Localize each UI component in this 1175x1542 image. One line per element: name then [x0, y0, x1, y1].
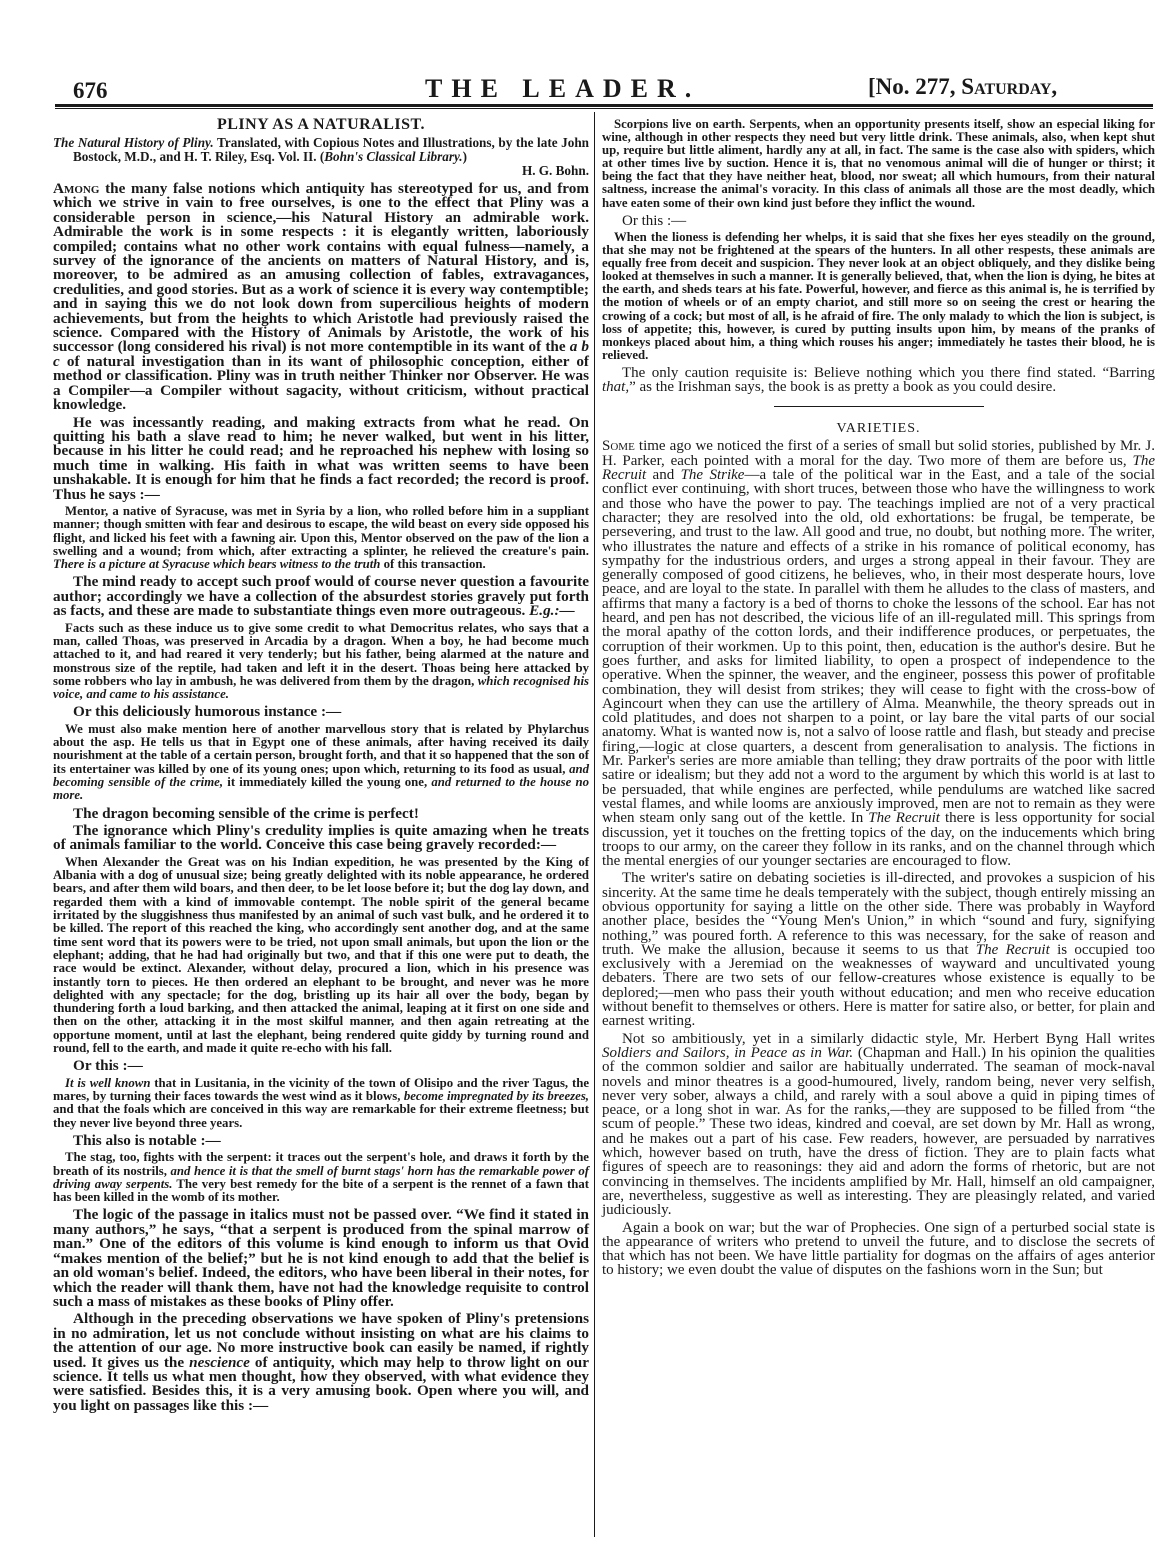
text-italic: E.g.:—: [529, 602, 575, 619]
paragraph: The dragon becoming sensible of the crim…: [53, 807, 589, 821]
paragraph: Or this :—: [53, 1059, 589, 1073]
paragraph: The mind ready to accept such proof woul…: [53, 575, 589, 618]
text: it immediately killed the young one,: [223, 775, 431, 789]
text: of natural investigation than in its wan…: [53, 353, 589, 413]
paragraph: Or this deliciously humorous instance :—: [53, 705, 589, 719]
text: ” as the Irishman says, the book is as p…: [629, 379, 1056, 395]
issue-info: [No. 277, Saturday,: [868, 74, 1057, 100]
book-citation: The Natural History of Pliny. Translated…: [53, 136, 589, 178]
column-divider: [594, 112, 595, 1537]
paragraph: Among the many false notions which antiq…: [53, 182, 589, 413]
paragraph: The logic of the passage in italics must…: [53, 1208, 589, 1309]
text-italic: There is a picture at Syracuse which bea…: [53, 557, 380, 571]
block-quote: We must also make mention here of anothe…: [53, 723, 589, 803]
block-quote: Facts such as these induce us to give so…: [53, 622, 589, 702]
paragraph: This also is notable :—: [53, 1134, 589, 1148]
block-quote: The stag, too, fights with the serpent: …: [53, 1151, 589, 1204]
block-quote: Scorpions live on earth. Serpents, when …: [602, 118, 1155, 210]
text: of this transaction.: [380, 557, 485, 571]
masthead-title: THE LEADER.: [425, 74, 700, 104]
article-headline: PLINY AS A NATURALIST.: [53, 116, 589, 134]
block-quote: It is well known that in Lusitania, in t…: [53, 1077, 589, 1130]
text: and that the foals which are conceived i…: [53, 1102, 589, 1129]
section-title: VARIETIES.: [602, 421, 1155, 437]
text: (Chapman and Hall.) In his opinion the q…: [602, 1045, 1155, 1218]
text-italic: It is well known: [65, 1076, 150, 1090]
text: —a tale of the political war in the East…: [602, 467, 1155, 826]
section-separator: [774, 406, 984, 407]
right-column: Scorpions live on earth. Serpents, when …: [602, 112, 1155, 1281]
paragraph: He was incessantly reading, and making e…: [53, 416, 589, 502]
issue-day: Saturday,: [961, 74, 1057, 99]
paragraph: Some time ago we noticed the first of a …: [602, 439, 1155, 868]
page-number: 676: [73, 78, 108, 104]
block-quote: When the lioness is defending her whelps…: [602, 231, 1155, 362]
text: time ago we noticed the first of a serie…: [602, 438, 1155, 468]
citation-close: ): [463, 149, 467, 164]
paragraph: The only caution requisite is: Believe n…: [602, 366, 1155, 395]
block-quote: Mentor, a native of Syracuse, was met in…: [53, 505, 589, 571]
paragraph: Although in the preceding observations w…: [53, 1312, 589, 1413]
text: The mind ready to accept such proof woul…: [53, 573, 589, 619]
publisher: H. G. Bohn.: [73, 164, 589, 178]
left-column: PLINY AS A NATURALIST. The Natural Histo…: [53, 112, 589, 1416]
text-italic: that,: [602, 379, 629, 395]
block-quote: When Alexander the Great was on his Indi…: [53, 856, 589, 1055]
paragraph: Not so ambitiously, yet in a similarly d…: [602, 1032, 1155, 1218]
text-italic: become impregnated by its breezes,: [404, 1089, 589, 1103]
paragraph: Or this :—: [602, 214, 1155, 228]
text: We must also make mention here of anothe…: [53, 722, 589, 776]
text: Mentor, a native of Syracuse, was met in…: [53, 504, 589, 558]
book-title: The Natural History of Pliny.: [53, 135, 214, 150]
header-rule-thin: [55, 108, 1153, 109]
issue-number: [No. 277,: [868, 74, 961, 99]
paragraph: The writer's satire on debating societie…: [602, 871, 1155, 1028]
paragraph: The ignorance which Pliny's credulity im…: [53, 824, 589, 853]
paragraph: Again a book on war; but the war of Prop…: [602, 1221, 1155, 1278]
series-name: Bohn's Classical Library.: [324, 149, 462, 164]
header-rule-thick: [55, 104, 1153, 107]
text: the many false notions which antiquity h…: [53, 180, 589, 355]
